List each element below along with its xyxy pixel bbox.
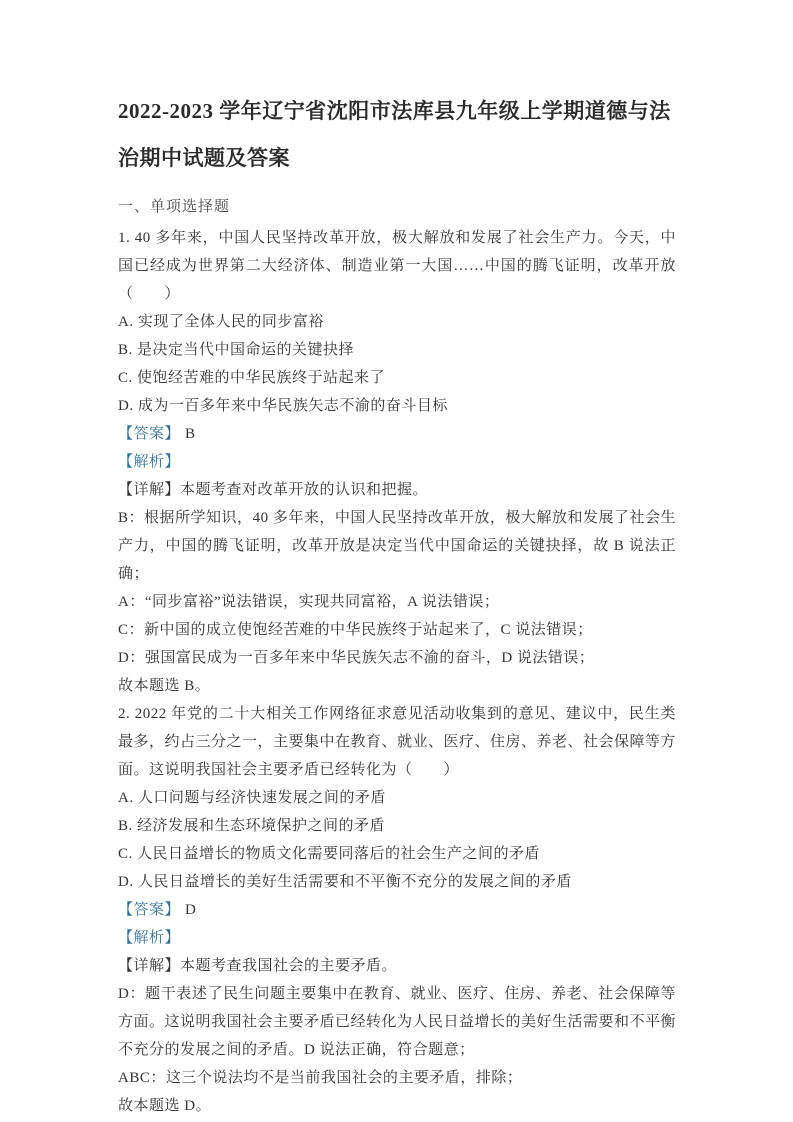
question-1: 1. 40 多年来，中国人民坚持改革开放，极大解放和发展了社会生产力。今天，中国… <box>118 224 676 700</box>
question-1-explanation-2: B：根据所学知识，40 多年来，中国人民坚持改革开放，极大解放和发展了社会生产力… <box>118 504 676 588</box>
question-1-explanation-5: D：强国富民成为一百多年来中华民族矢志不渝的奋斗，D 说法错误； <box>118 644 676 672</box>
question-2-option-b: B. 经济发展和生态环境保护之间的矛盾 <box>118 812 676 840</box>
question-1-explanation-4: C：新中国的成立使饱经苦难的中华民族终于站起来了，C 说法错误； <box>118 616 676 644</box>
question-1-explanation-3: A：“同步富裕”说法错误，实现共同富裕，A 说法错误； <box>118 588 676 616</box>
question-2-explanation-2: D：题干表述了民生问题主要集中在教育、就业、医疗、住房、养老、社会保障等方面。这… <box>118 980 676 1064</box>
question-2: 2. 2022 年党的二十大相关工作网络征求意见活动收集到的意见、建议中，民生类… <box>118 700 676 1120</box>
question-1-answer-line: 【答案】B <box>118 420 676 448</box>
question-2-analysis-line: 【解析】 <box>118 924 676 952</box>
question-1-option-c: C. 使饱经苦难的中华民族终于站起来了 <box>118 364 676 392</box>
answer-label: 【答案】 <box>118 902 180 918</box>
question-2-answer-line: 【答案】D <box>118 896 676 924</box>
document-title-line1: 2022-2023 学年辽宁省沈阳市法库县九年级上学期道德与法 <box>118 99 671 123</box>
question-2-answer-value: D <box>185 902 196 918</box>
document-title-line2: 治期中试题及答案 <box>118 146 290 170</box>
analysis-label: 【解析】 <box>118 930 180 946</box>
question-1-stem: 1. 40 多年来，中国人民坚持改革开放，极大解放和发展了社会生产力。今天，中国… <box>118 224 676 308</box>
question-2-conclusion: 故本题选 D。 <box>118 1092 676 1120</box>
question-1-analysis-line: 【解析】 <box>118 448 676 476</box>
question-1-explanation-1: 【详解】本题考查对改革开放的认识和把握。 <box>118 476 676 504</box>
question-2-option-c: C. 人民日益增长的物质文化需要同落后的社会生产之间的矛盾 <box>118 840 676 868</box>
question-2-option-a: A. 人口问题与经济快速发展之间的矛盾 <box>118 784 676 812</box>
question-1-option-a: A. 实现了全体人民的同步富裕 <box>118 308 676 336</box>
question-1-option-b: B. 是决定当代中国命运的关键抉择 <box>118 336 676 364</box>
question-1-conclusion: 故本题选 B。 <box>118 672 676 700</box>
question-1-option-d: D. 成为一百多年来中华民族矢志不渝的奋斗目标 <box>118 392 676 420</box>
question-2-stem: 2. 2022 年党的二十大相关工作网络征求意见活动收集到的意见、建议中，民生类… <box>118 700 676 784</box>
analysis-label: 【解析】 <box>118 454 180 470</box>
question-2-option-d: D. 人民日益增长的美好生活需要和不平衡不充分的发展之间的矛盾 <box>118 868 676 896</box>
question-1-answer-value: B <box>185 426 196 442</box>
section-header: 一、单项选择题 <box>118 194 676 220</box>
question-2-explanation-1: 【详解】本题考查我国社会的主要矛盾。 <box>118 952 676 980</box>
document-title: 2022-2023 学年辽宁省沈阳市法库县九年级上学期道德与法治期中试题及答案 <box>118 88 676 182</box>
question-2-explanation-3: ABC：这三个说法均不是当前我国社会的主要矛盾，排除； <box>118 1064 676 1092</box>
answer-label: 【答案】 <box>118 426 180 442</box>
document-page: 2022-2023 学年辽宁省沈阳市法库县九年级上学期道德与法治期中试题及答案 … <box>0 0 793 1122</box>
